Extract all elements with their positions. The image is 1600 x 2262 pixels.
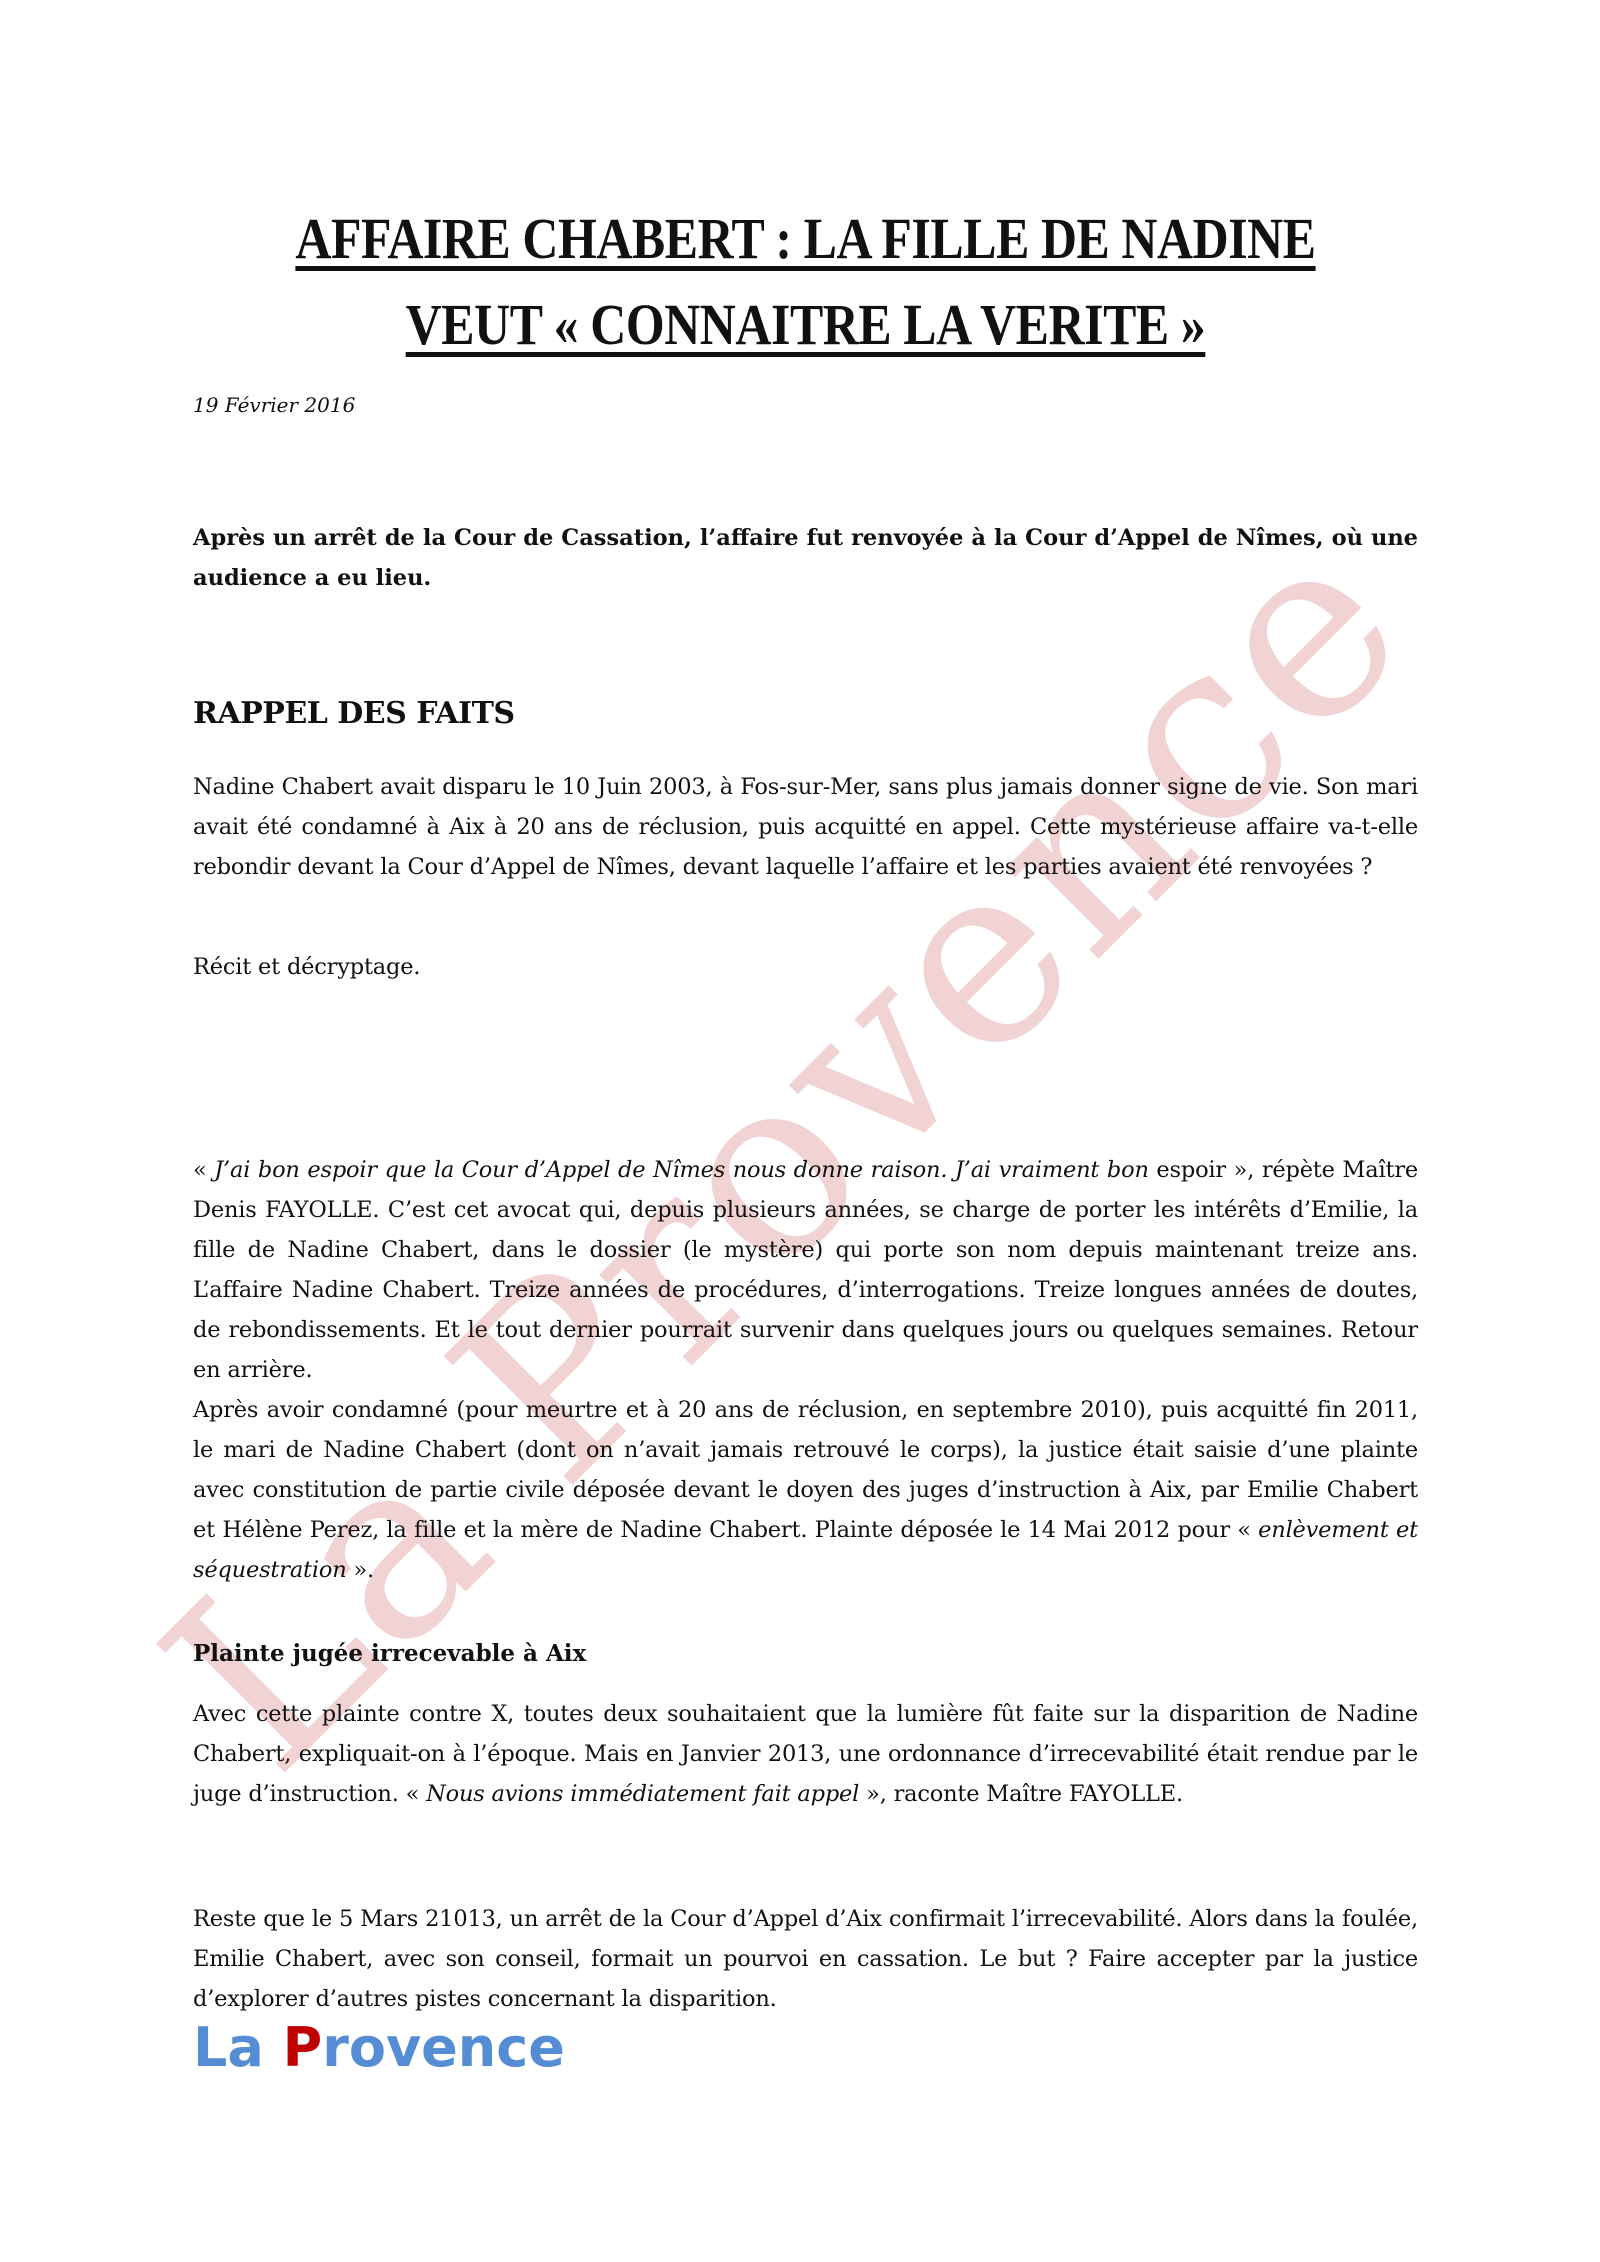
apres-text: Après avoir condamné (pour meurtre et à … <box>193 1397 1418 1543</box>
paragraph-facts: Nadine Chabert avait disparu le 10 Juin … <box>193 767 1418 887</box>
paragraph-quote: « J’ai bon espoir que la Cour d’Appel de… <box>193 1150 1418 1390</box>
article-date: 19 Février 2016 <box>193 393 355 417</box>
logo-part-1: La <box>193 2016 283 2079</box>
document-page: La Provence AFFAIRE CHABERT : LA FILLE D… <box>0 0 1600 2262</box>
title-line-2: VEUT « CONNAITRE LA VERITE » <box>406 292 1206 357</box>
subheading: Plainte jugée irrecevable à Aix <box>193 1640 586 1667</box>
la-provence-logo: La Provence <box>193 2016 565 2079</box>
article-title: AFFAIRE CHABERT : LA FILLE DE NADINE VEU… <box>279 196 1333 368</box>
paragraph-recit: Récit et décryptage. <box>193 947 1418 987</box>
paragraph-reste: Reste que le 5 Mars 21013, un arrêt de l… <box>193 1899 1418 2019</box>
apres-tail: ». <box>347 1557 374 1583</box>
article-lead: Après un arrêt de la Cour de Cassation, … <box>193 518 1418 598</box>
avec-tail: », raconte Maître FAYOLLE. <box>859 1781 1183 1807</box>
quote-open: « <box>193 1157 214 1183</box>
title-line-1: AFFAIRE CHABERT : LA FILLE DE NADINE <box>295 206 1315 271</box>
section-heading: RAPPEL DES FAITS <box>193 696 515 731</box>
paragraph-apres: Après avoir condamné (pour meurtre et à … <box>193 1390 1418 1590</box>
quote-rest: espoir », répète Maître Denis FAYOLLE. C… <box>193 1157 1418 1383</box>
paragraph-avec: Avec cette plainte contre X, toutes deux… <box>193 1694 1418 1814</box>
quote-text: J’ai bon espoir que la Cour d’Appel de N… <box>214 1157 1149 1183</box>
avec-italic: Nous avions immédiatement fait appel <box>426 1781 859 1807</box>
logo-p: P <box>283 2016 323 2079</box>
logo-part-2: rovence <box>322 2016 565 2079</box>
